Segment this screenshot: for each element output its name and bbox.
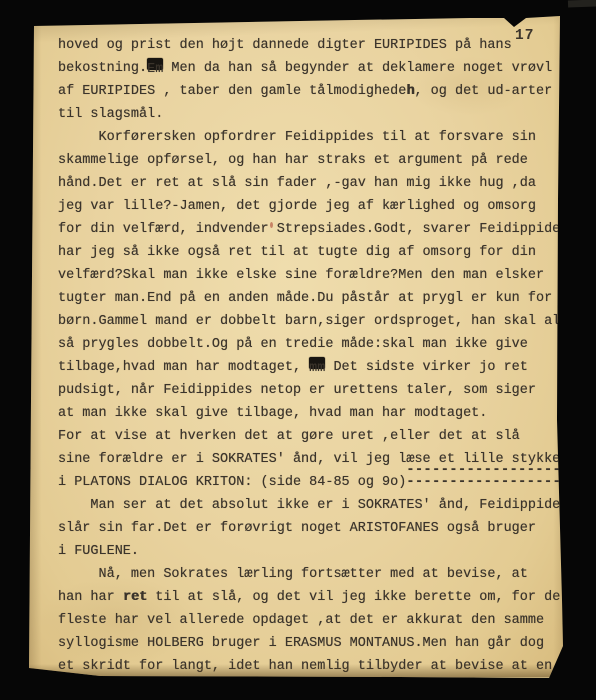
text-line: jeg var lille?-Jamen, det gjorde jeg af … <box>58 195 596 218</box>
ink-blot-correction: mm <box>309 357 325 369</box>
text-line: i PLATONS DIALOG KRITON: (side 84-85 og … <box>58 471 596 494</box>
text-line: til slagsmål. <box>58 103 596 126</box>
text-segment: Korførersken opfordrer Feidippides til a… <box>58 130 536 145</box>
text-segment: har jeg så ikke også ret til at tugte di… <box>58 245 536 260</box>
text-line: Man ser at det absolut ikke er i SOKRATE… <box>58 494 596 517</box>
text-line: pudsigt, når Feidippides netop er urette… <box>58 379 596 402</box>
text-line: et skridt for langt, idet han nemlig til… <box>58 655 596 678</box>
text-segment: et skridt for langt, idet han nemlig til… <box>58 659 552 674</box>
text-segment: bekostning. <box>58 61 147 76</box>
text-line: tilbage,hvad man har modtaget, mm Det si… <box>58 356 596 379</box>
text-segment: tugter man.End på en anden måde.Du påstå… <box>58 291 552 306</box>
text-segment: til slagsmål. <box>58 107 163 122</box>
text-segment: i PLATONS DIALOG KRITON: (side 84-85 og … <box>58 475 406 490</box>
text-segment: tilbage,hvad man har modtaget, <box>58 360 309 375</box>
text-line: fleste har vel allerede opdaget ,at det … <box>58 609 596 632</box>
scan-background: 17 hoved og prist den højt dannede digte… <box>0 0 596 700</box>
text-line: i FUGLENE. <box>58 540 596 563</box>
text-segment: børn.Gammel mand er dobbelt barn,siger o… <box>58 314 568 329</box>
text-line: så prygles dobbelt.Og på en tredie måde:… <box>58 333 596 356</box>
text-segment: så prygles dobbelt.Og på en tredie måde:… <box>58 337 528 352</box>
text-line: at man ikke skal give tilbage, hvad man … <box>58 402 596 425</box>
text-segment: For at vise at hverken det at gøre uret … <box>58 429 520 444</box>
text-segment: for din velfærd, indvender Strepsiades.G… <box>58 222 568 237</box>
scanned-page: 17 hoved og prist den højt dannede digte… <box>28 16 564 680</box>
text-line: Nå, men Sokrates lærling fortsætter med … <box>58 563 596 586</box>
text-segment: pudsigt, når Feidippides netop er urette… <box>58 383 536 398</box>
text-line: børn.Gammel mand er dobbelt barn,siger o… <box>58 310 596 333</box>
text-segment: Nå, men Sokrates lærling fortsætter med … <box>58 567 528 582</box>
text-line: velfærd?Skal man ikke elske sine forældr… <box>58 264 596 287</box>
text-line: skammelige opførsel, og han har straks e… <box>58 149 596 172</box>
text-segment: , og det ud-arter <box>414 84 552 99</box>
text-segment: jeg var lille?-Jamen, det gjorde jeg af … <box>58 199 536 214</box>
text-line: hånd.Det er ret at slå sin fader ,-gav h… <box>58 172 596 195</box>
text-segment: slår sin far.Det er forøvrigt noget ARIS… <box>58 521 536 536</box>
text-line: Korførersken opfordrer Feidippides til a… <box>58 126 596 149</box>
text-segment: skammelige opførsel, og han har straks e… <box>58 153 528 168</box>
text-line: for din velfærd, indvender Strepsiades.G… <box>58 218 596 241</box>
text-segment: hånd.Det er ret at slå sin fader ,-gav h… <box>58 176 536 191</box>
text-segment: fleste har vel allerede opdaget ,at det … <box>58 613 544 628</box>
text-segment: syllogisme HOLBERG bruger i ERASMUS MONT… <box>58 636 544 651</box>
text-line: han har ret til at slå, og det vil jeg i… <box>58 586 596 609</box>
text-line: har jeg så ikke også ret til at tugte di… <box>58 241 596 264</box>
text-segment: Men da han så begynder at deklamere noge… <box>163 61 552 76</box>
text-segment: at man ikke skal give tilbage, hvad man … <box>58 406 487 421</box>
text-line: af EURIPIDES , taber den gamle tålmodigh… <box>58 80 596 103</box>
overstruck-text: ret <box>123 590 147 605</box>
text-segment: af EURIPIDES , taber den gamle tålmodigh… <box>58 84 406 99</box>
text-segment: hoved og prist den højt dannede digter E… <box>58 38 512 53</box>
text-line: hoved og prist den højt dannede digter E… <box>58 34 596 57</box>
ink-blot-correction: Em <box>147 58 163 70</box>
text-line: bekostning.Em Men da han så begynder at … <box>58 57 596 80</box>
text-line: slår sin far.Det er forøvrigt noget ARIS… <box>58 517 596 540</box>
typed-dashed-rule: ---------------------------------------- <box>406 472 568 486</box>
text-segment: han har <box>58 590 123 605</box>
text-segment: velfærd?Skal man ikke elske sine forældr… <box>58 268 544 283</box>
text-segment: til at slå, og det vil jeg ikke berette … <box>147 590 560 605</box>
scan-edge-fragment <box>568 0 596 7</box>
text-segment: Det sidste virker jo ret <box>325 360 528 375</box>
text-segment: Man ser at det absolut ikke er i SOKRATE… <box>58 498 568 513</box>
typewritten-text: hoved og prist den højt dannede digter E… <box>58 34 596 678</box>
text-line: For at vise at hverken det at gøre uret … <box>58 425 596 448</box>
text-segment: i FUGLENE. <box>58 544 139 559</box>
text-line: tugter man.End på en anden måde.Du påstå… <box>58 287 596 310</box>
text-line: syllogisme HOLBERG bruger i ERASMUS MONT… <box>58 632 596 655</box>
